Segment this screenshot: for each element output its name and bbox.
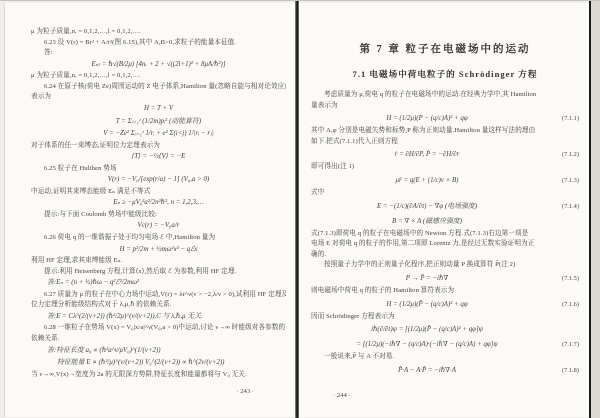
chapter-title: 第 7 章 粒子在电磁场中的运动 <box>311 41 579 56</box>
formula-line: E = −(1/c)(∂A/∂t) − ∇φ (电场强度) <box>311 199 543 214</box>
right-page-content: 第 7 章 粒子在电磁场中的运动 7.1 电磁场中荷电粒子的 Schröding… <box>311 3 579 387</box>
text-line: 表示为 <box>31 92 286 103</box>
equation-number: (7.1.3) <box>543 177 579 184</box>
formula-line: Eₙₗ = ℏ√(B/2μ) [4nᵣ + 2 + √((2l+1)² + 8μ… <box>31 59 286 72</box>
text-line: 式中 <box>311 188 579 199</box>
text-line: 电场 E 对荷电 q 的粒子的作用,第二项即 Lorentz 力,是经过无数实验… <box>311 239 579 250</box>
scan-background-strip <box>591 1 600 418</box>
text-line: μ 为粒子质量,nᵣ = 0,1,2,…,l = 0,1,2,…. <box>31 27 286 38</box>
text-line: 量表示为 <box>311 101 579 112</box>
equation-row: P → P̂ = −iℏ∇ (7.1.5) <box>311 271 579 286</box>
formula-line: V = −Ze² Σᵢ₌₁ᶻ 1/rᵢ + e² Σ(i<j) 1/|rᵢ − … <box>31 128 286 141</box>
equation-row: E = −(1/c)(∂A/∂t) − ∇φ (电场强度) (7.1.4) <box>311 199 579 214</box>
text-line: 利用 HF 定理,求其束缚能级 Eₙ. <box>31 256 286 267</box>
text-line: 6.28 一维粒子在势场 V(x) = V₀|x/a|^ν(V₀,a > 0)中… <box>31 323 286 334</box>
text-line: 因而 Schrödinger 方程表示为 <box>311 312 579 323</box>
equation-row: B = ∇ × A (磁感应强度) <box>311 214 579 229</box>
text-line: 对于体系的任一束缚态,证明位力定理表示为 <box>31 141 286 152</box>
formula-line: 答:特征长度 a₀ ∝ (ℏ²a^ν/μV₀)^(1/(ν+2)) <box>31 345 286 358</box>
text-line: 确的. <box>311 250 579 261</box>
equation-row: iℏ(∂/∂t)ψ = [(1/2μ)(P̂ − (q/c)A)² + qφ]ψ <box>311 322 579 337</box>
text-line: 6.23 设 V(r) = Br² + A/r²(图 6.15),其中 A,B>… <box>31 38 286 49</box>
equation-row: = [(1/2μ)(−iℏ∇ − (q/c)A)·(−iℏ∇ − (q/c)A)… <box>311 337 579 352</box>
formula-line: ⟨T⟩ = −½⟨V⟩ = −E <box>31 151 286 164</box>
formula-line: ṙ = ∂H/∂P, Ṗ = −∂H/∂r <box>311 147 543 162</box>
page-number-right: · 244 · <box>333 392 351 399</box>
right-page: 第 7 章 粒子在电磁场中的运动 7.1 电磁场中荷电粒子的 Schröding… <box>299 3 589 417</box>
formula-line: iℏ(∂/∂t)ψ = [(1/2μ)(P̂ − (q/c)A)² + qφ]ψ <box>311 322 543 337</box>
text-line: 6.25 粒子在 Hulthen 势场 <box>31 164 286 175</box>
text-line: 提示:与下面 Coulomb 势场中能级比较: <box>31 210 286 221</box>
text-line: 6.26 荷电 q 的一维谐振子处于均匀电场 ℰ 中,Hamilton 量为 <box>31 233 286 244</box>
formula-line: P̂·A − A·P̂ = −iℏ∇·A <box>311 363 543 378</box>
left-page-content: μ 为粒子质量,nᵣ = 0,1,2,…,l = 0,1,2,…. 6.23 设… <box>31 27 286 387</box>
equation-number: (7.1.1) <box>543 115 579 122</box>
formula-line: V(r) = −V₀/[exp(r/a) − 1] (V₀,a > 0) <box>31 174 286 187</box>
text-line: 6.24 在原子核(荷电 Ze)周围运动的 Z 电子体系,Hamilton 量(… <box>31 82 286 93</box>
formula-line: μr̈ = q(E + (1/c)v × B) <box>311 173 543 188</box>
formula-line: 答:E = Cλ^(2/(ν+2)) (ℏ²/2μ)^(ν/(ν+2)),C 与… <box>31 311 286 324</box>
book-spread: μ 为粒子质量,nᵣ = 0,1,2,…,l = 0,1,2,…. 6.23 设… <box>0 0 600 418</box>
text-line: 即可得出(注 1) <box>311 162 579 173</box>
text-line: 提示:利用 Heisenberg 方程,计算⟨x⟩,然后取 ℰ 为参数,利用 H… <box>31 267 286 278</box>
text-line: 按照量子力学中的正则量子化程序,把正则动量 P 换成算符 P̂(注 2) <box>311 260 579 271</box>
formula-line: Eₙ ≥ −μV₀²a²/2n²ℏ², n = 1,2,3,… <box>31 197 286 210</box>
formula-line: H = p²/2m + ½mω²x² − qℰx <box>31 244 286 257</box>
equation-number: (7.1.5) <box>543 275 579 282</box>
text-line: 中运动,证明其束缚态能级 Eₙ 满足不等式 <box>31 187 286 198</box>
formula-line: 答:Eₙ = (n + ½)ℏω − q²ℰ²/2mω² <box>31 277 286 290</box>
text-line: 答: <box>31 48 286 59</box>
text-line: 位力定理分析能级结构式对于 λ,μ,ℏ 的依赖关系. <box>31 300 286 311</box>
formula-line: H = (1/2μ)(P̂ − (q/c)A)² + qφ <box>311 297 543 312</box>
text-line: 6.27 质量为 μ 的粒子在中心力场中运动,V(r) = λr^ν(ν > −… <box>31 290 286 301</box>
text-line: 如下.把式(7.1.1)代入正则方程 <box>311 137 579 148</box>
text-line: 式(7.1.3)即荷电 q 的粒子在电磁场中的 Newton 方程.式(7.1.… <box>311 229 579 240</box>
formula-line: P → P̂ = −iℏ∇ <box>311 271 543 286</box>
page-number-left: · 243 · <box>236 388 254 395</box>
equation-number: (7.1.6) <box>543 301 579 308</box>
equation-row: H = (1/2μ)(P − (q/c)A)² + qφ (7.1.1) <box>311 111 579 126</box>
equation-row: ṙ = ∂H/∂P, Ṗ = −∂H/∂r (7.1.2) <box>311 147 579 162</box>
equation-row: P̂·A − A·P̂ = −iℏ∇·A (7.1.8) <box>311 363 579 378</box>
equation-number: (7.1.7) <box>543 341 579 348</box>
text-line: 则电磁场中荷电 q 的粒子的 Hamilton 算符表示为 <box>311 286 579 297</box>
text-line: 其中 A,φ 分别是电磁矢势和标势,P 称为正则动量.Hamilton 量这样写… <box>311 126 579 137</box>
equation-row: H = (1/2μ)(P̂ − (q/c)A)² + qφ (7.1.6) <box>311 297 579 312</box>
section-title: 7.1 电磁场中荷电粒子的 Schrödinger 方程 <box>311 68 579 80</box>
formula-line: T = Σᵢ₌₁ᶻ (1/2m)pᵢ² (动能算符) <box>31 116 286 129</box>
equation-number: (7.1.8) <box>543 367 579 374</box>
formula-line: B = ∇ × A (磁感应强度) <box>311 214 543 229</box>
text-line: μ 为粒子质量,nᵣ = 0,1,2,…,l = 0,1,2,…. <box>31 71 286 82</box>
formula-line: Vc(r) = −V₀a/r <box>31 220 286 233</box>
formula-line: 特征能量 E ∝ (ℏ²/μ)^(ν/(ν+2)) V₀^(2/(ν+2)) ∝… <box>31 357 286 370</box>
text-line: 依赖关系. <box>31 334 286 345</box>
formula-line: = [(1/2μ)(−iℏ∇ − (q/c)A)·(−iℏ∇ − (q/c)A)… <box>311 337 543 352</box>
left-page: μ 为粒子质量,nᵣ = 0,1,2,…,l = 0,1,2,…. 6.23 设… <box>4 3 296 417</box>
text-line: 当 ν→∞,V(x)→宽度为 2a 的无限深方势阱,特征长度和能量都将与 V₀ … <box>31 370 286 381</box>
equation-number: (7.1.4) <box>543 203 579 210</box>
formula-line: H = T + V <box>31 103 286 116</box>
equation-number: (7.1.2) <box>543 151 579 158</box>
text-line: 考虑质量为 μ,荷电 q 的粒子在电磁场中的运动.在经典力学中,其 Hamilt… <box>311 90 579 101</box>
text-line: 一般说来,P̂ 与 A 不对易. <box>311 352 579 363</box>
equation-row: μr̈ = q(E + (1/c)v × B) (7.1.3) <box>311 173 579 188</box>
formula-line: H = (1/2μ)(P − (q/c)A)² + qφ <box>311 111 543 126</box>
